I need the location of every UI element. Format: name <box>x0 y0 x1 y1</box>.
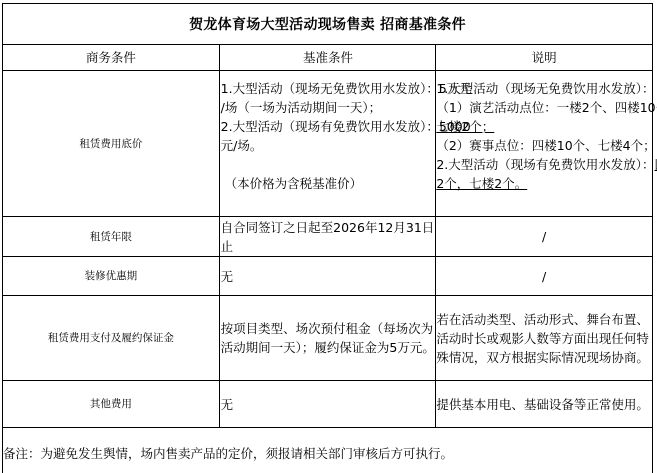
bidding-conditions-table: 贺龙体育场大型活动现场售卖 招商基准条件 商务条件 基准条件 说明 租赁费用底价… <box>2 3 653 473</box>
header-explanation: 说明 <box>436 45 653 71</box>
explanation-line-5: 2.大型活动（现场有免费饮用水发放）：四楼 <box>436 155 652 174</box>
explanation-line-3: 七楼2个； <box>436 117 652 136</box>
table-row-rental-price: 租赁费用底价 1.大型活动（现场无免费饮用水发放）：5万元 /场（一场为活动期间… <box>3 71 653 217</box>
explanation-line-2: （1）演艺活动点位：一楼2个、四楼10个、 <box>436 98 652 117</box>
table-row-lease-term: 租赁年限 自合同签订之日起至2026年12月31日止 / <box>3 217 653 257</box>
price-line-1: 1.大型活动（现场无免费饮用水发放）：5万元 <box>221 79 436 98</box>
row-label-payment-deposit: 租赁费用支付及履约保证金 <box>3 296 220 381</box>
price-line-2: /场（一场为活动期间一天）； <box>221 98 436 117</box>
header-row: 商务条件 基准条件 说明 <box>3 45 653 71</box>
renovation-period-explanation: / <box>436 257 653 296</box>
spacer <box>221 155 436 174</box>
renovation-period-standard: 无 <box>219 257 436 296</box>
footnote: 备注：为避免发生舆情，场内售卖产品的定价，须报请相关部门审核后方可执行。 <box>3 428 653 473</box>
row-label-other-fees: 其他费用 <box>3 381 220 428</box>
price-line-4: 元/场。 <box>221 136 436 155</box>
lease-term-explanation: / <box>436 217 653 257</box>
other-fees-explanation: 提供基本用电、基础设备等正常使用。 <box>436 381 653 428</box>
row-label-lease-term: 租赁年限 <box>3 217 220 257</box>
explanation-line-1: 1.大型活动（现场无免费饮用水发放）： <box>436 79 652 98</box>
explanation-line-3-text: 七楼2个； <box>436 119 494 134</box>
lease-term-standard: 自合同签订之日起至2026年12月31日止 <box>219 217 436 257</box>
document-title: 贺龙体育场大型活动现场售卖 招商基准条件 <box>3 4 653 45</box>
row-label-renovation-period: 装修优惠期 <box>3 257 220 296</box>
other-fees-standard: 无 <box>219 381 436 428</box>
price-tax-note: （本价格为含税基准价） <box>221 174 436 193</box>
rental-price-explanation: 1.大型活动（现场无免费饮用水发放）： （1）演艺活动点位：一楼2个、四楼10个… <box>436 71 653 217</box>
rental-price-standard: 1.大型活动（现场无免费饮用水发放）：5万元 /场（一场为活动期间一天）； 2.… <box>219 71 436 217</box>
header-standard-conditions: 基准条件 <box>219 45 436 71</box>
table-row-other-fees: 其他费用 无 提供基本用电、基础设备等正常使用。 <box>3 381 653 428</box>
payment-deposit-explanation: 若在活动类型、活动形式、舞台布置、活动时长或观影人数等方面出现任何特殊情况，双方… <box>436 296 653 381</box>
table-row-renovation-period: 装修优惠期 无 / <box>3 257 653 296</box>
explanation-line-6: 2个，七楼2个。 <box>436 174 652 193</box>
price-line-3: 2.大型活动（现场有免费饮用水发放）：5000 <box>221 117 436 136</box>
explanation-line-4: （2）赛事点位：四楼10个、七楼4个； <box>436 136 652 155</box>
explanation-line-6-text: 2个，七楼2个。 <box>436 176 527 191</box>
price-line-3-prefix: 2.大型活动（现场有免费饮用水发放）： <box>221 119 439 134</box>
explanation-line-5-prefix: 2.大型活动（现场有免费饮用水发放）： <box>436 157 654 172</box>
row-label-rental-price: 租赁费用底价 <box>3 71 220 217</box>
header-business-conditions: 商务条件 <box>3 45 220 71</box>
payment-deposit-standard: 按项目类型、场次预付租金（每场次为活动期间一天）；履约保证金为5万元。 <box>219 296 436 381</box>
table-row-footnote: 备注：为避免发生舆情，场内售卖产品的定价，须报请相关部门审核后方可执行。 <box>3 428 653 473</box>
table-row-payment-deposit: 租赁费用支付及履约保证金 按项目类型、场次预付租金（每场次为活动期间一天）；履约… <box>3 296 653 381</box>
